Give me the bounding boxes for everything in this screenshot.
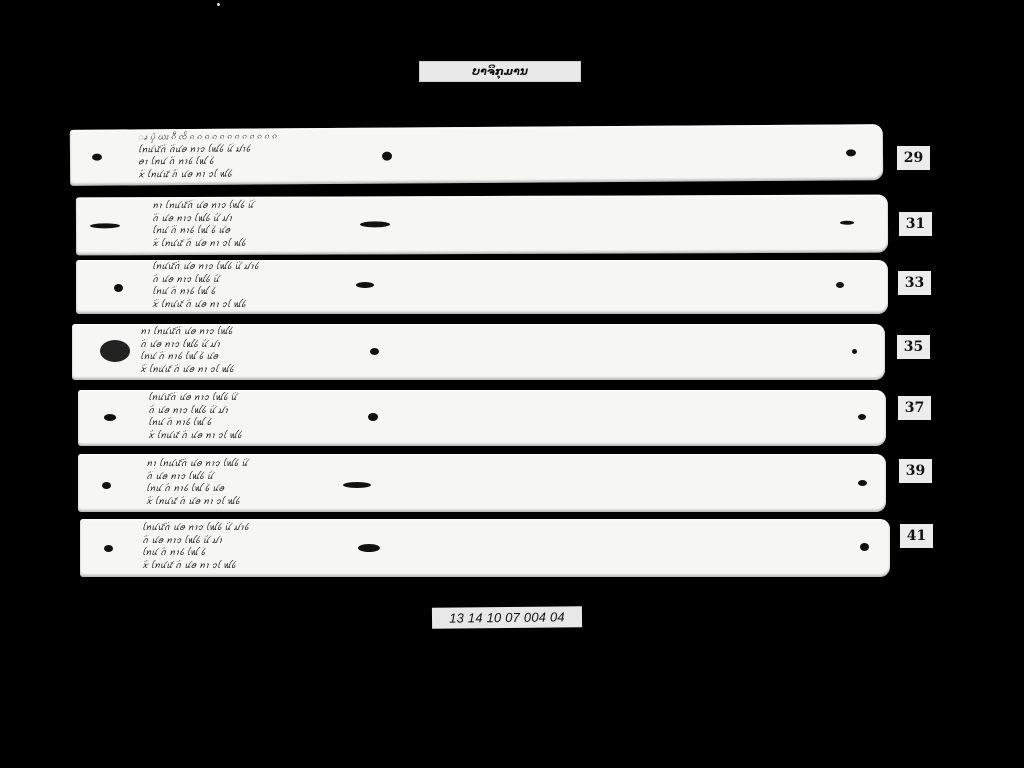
text-line: ꪶꪀꪙ ꪒꪾ ꪀꪱꪉ ꪶꪡ ꪉꪾ bbox=[152, 286, 864, 299]
text-line: ꪶꪀꪙꪽꪒꪾ ꪙꪮ ꪀꪱꪫ ꪶꪡꪉ ꪙꪾ bbox=[148, 392, 858, 405]
binding-hole-left bbox=[92, 154, 102, 161]
text-line: ꪶꪀꪙ ꪒꪾ ꪀꪱꪉ ꪶꪡ ꪉꪾ bbox=[148, 417, 858, 430]
page-number: 33 bbox=[905, 275, 924, 291]
dust-speck bbox=[217, 3, 220, 6]
palm-leaf-page-39: ꪀꪱ ꪶꪀꪙꪽꪒꪾ ꪙꪮ ꪀꪱꪫ ꪶꪡꪉ ꪙꪾ ꪒꪾ ꪙꪮ ꪀꪱꪫ ꪶꪡꪉ ꪙꪾ… bbox=[78, 454, 886, 512]
manuscript-title: ບາຈິກຸມານ bbox=[472, 65, 528, 78]
palm-leaf-page-37: ꪶꪀꪙꪽꪒꪾ ꪙꪮ ꪀꪱꪫ ꪶꪡꪉ ꪙꪾ ꪒꪾ ꪙꪮ ꪀꪱꪫ ꪶꪡꪉ ꪙꪾ ꪣꪱ… bbox=[78, 390, 886, 446]
palm-leaf-page-29: ၗ ပုံ ဃႏ ၵဵ ၸႅ ၵ ၵ ၵ ၵ ၵ ၵ ၵ ၵ ၵ ၵ ၵ ၵ ꪶ… bbox=[70, 124, 883, 186]
text-line: ꪶꪀꪙꪽꪒꪾ ꪙꪮ ꪀꪱꪫ ꪶꪡꪉ ꪙꪾ ꪣꪱꪉ bbox=[142, 522, 862, 535]
page-number-label: 33 bbox=[898, 271, 931, 295]
text-line: ꪎꪾ ꪶꪀꪙꪽ ꪒꪾ ꪙꪮ ꪀꪱ ꪫꪶ ꪡꪉ bbox=[142, 560, 862, 573]
text-line: ꪶꪀꪙꪽꪒꪾ ꪙꪮ ꪀꪱꪫ ꪶꪡꪉ ꪙꪾ ꪣꪱꪉ bbox=[152, 261, 864, 274]
leaf-text: ꪶꪀꪙꪽꪒꪾ ꪙꪮ ꪀꪱꪫ ꪶꪡꪉ ꪙꪾ ꪣꪱꪉ ꪒꪾ ꪙꪮ ꪀꪱꪫ ꪶꪡꪉ ꪙ… bbox=[152, 261, 864, 311]
palm-leaf-page-41: ꪶꪀꪙꪽꪒꪾ ꪙꪮ ꪀꪱꪫ ꪶꪡꪉ ꪙꪾ ꪣꪱꪉ ꪒꪾ ꪙꪮ ꪀꪱꪫ ꪶꪡꪉ ꪙ… bbox=[80, 519, 890, 577]
text-line: ꪎꪾ ꪶꪀꪙꪽ ꪒꪾ ꪙꪮ ꪀꪱ ꪫꪶ ꪡꪉ bbox=[140, 364, 860, 377]
page-number-label: 41 bbox=[900, 524, 933, 548]
leaf-text: ꪶꪀꪙꪽꪒꪾ ꪙꪮ ꪀꪱꪫ ꪶꪡꪉ ꪙꪾ ꪒꪾ ꪙꪮ ꪀꪱꪫ ꪶꪡꪉ ꪙꪾ ꪣꪱ… bbox=[148, 392, 858, 442]
text-line: ꪀꪱ ꪶꪀꪙꪽꪒꪾ ꪙꪮ ꪀꪱꪫ ꪶꪡꪉ bbox=[140, 326, 860, 339]
page-number-label: 39 bbox=[899, 459, 932, 483]
manuscript-title-label: ບາຈິກຸມານ bbox=[419, 61, 581, 82]
catalog-number-label: 13 14 10 07 004 04 bbox=[432, 606, 582, 629]
text-line: ꪀꪱ ꪶꪀꪙꪽꪒꪾ ꪙꪮ ꪀꪱꪫ ꪶꪡꪉ ꪙꪾ bbox=[146, 458, 858, 471]
page-number: 31 bbox=[906, 216, 925, 232]
binding-hole-left bbox=[102, 482, 111, 489]
text-line: ꪎꪾ ꪶꪀꪙꪽ ꪒꪾ ꪙꪮ ꪀꪱ ꪫꪶ ꪡꪉ bbox=[146, 496, 858, 509]
text-line: ꪶꪀꪙ ꪒꪾ ꪀꪱꪉ ꪶꪡ ꪉꪾ ꪙꪮ bbox=[146, 483, 858, 496]
page-number: 37 bbox=[905, 400, 924, 416]
text-line: ꪶꪀꪙ ꪒꪾ ꪀꪱꪉ ꪶꪡ ꪉꪾ bbox=[142, 547, 862, 560]
text-line: ꪒꪾ ꪙꪮ ꪀꪱꪫ ꪶꪡꪉ ꪙꪾ ꪣꪱ bbox=[140, 339, 860, 352]
palm-leaf-page-35: ꪀꪱ ꪶꪀꪙꪽꪒꪾ ꪙꪮ ꪀꪱꪫ ꪶꪡꪉ ꪒꪾ ꪙꪮ ꪀꪱꪫ ꪶꪡꪉ ꪙꪾ ꪣꪱ… bbox=[72, 324, 885, 380]
binding-hole-right bbox=[858, 480, 867, 486]
leaf-text: ၗ ပုံ ဃႏ ၵဵ ၸႅ ၵ ၵ ၵ ၵ ၵ ၵ ၵ ၵ ၵ ၵ ၵ ၵ ꪶ… bbox=[138, 126, 858, 181]
binding-hole-right bbox=[858, 414, 866, 420]
binding-hole-left bbox=[104, 545, 113, 552]
page-number-label: 31 bbox=[899, 212, 932, 236]
page-number-label: 37 bbox=[898, 396, 931, 420]
binding-hole-left bbox=[100, 340, 130, 362]
leaf-text: ꪀꪱ ꪶꪀꪙꪽꪒꪾ ꪙꪮ ꪀꪱꪫ ꪶꪡꪉ ꪙꪾ ꪒꪾ ꪙꪮ ꪀꪱꪫ ꪶꪡꪉ ꪙꪾ… bbox=[146, 458, 858, 508]
page-number: 35 bbox=[904, 339, 923, 355]
page-number-label: 35 bbox=[897, 335, 930, 359]
page-number-label: 29 bbox=[897, 146, 930, 170]
text-line: ꪒꪾ ꪙꪮ ꪀꪱꪫ ꪶꪡꪉ ꪙꪾ bbox=[146, 471, 858, 484]
text-line: ꪎꪾ ꪶꪀꪙꪽ ꪒꪾ ꪙꪮ ꪀꪱ ꪫꪶ ꪡꪉ bbox=[152, 235, 864, 250]
leaf-text: ꪶꪀꪙꪽꪒꪾ ꪙꪮ ꪀꪱꪫ ꪶꪡꪉ ꪙꪾ ꪣꪱꪉ ꪒꪾ ꪙꪮ ꪀꪱꪫ ꪶꪡꪉ ꪙ… bbox=[142, 522, 862, 572]
text-line: ꪒꪾ ꪙꪮ ꪀꪱꪫ ꪶꪡꪉ ꪙꪾ bbox=[152, 274, 864, 287]
page-number: 29 bbox=[904, 150, 923, 166]
text-line: ꪎꪾ ꪶꪀꪙꪽ ꪒꪾ ꪙꪮ ꪀꪱ ꪫꪶ ꪡꪉ bbox=[148, 430, 858, 443]
text-line: ꪒꪾ ꪙꪮ ꪀꪱꪫ ꪶꪡꪉ ꪙꪾ ꪣꪱ bbox=[142, 535, 862, 548]
page-number: 41 bbox=[907, 528, 926, 544]
binding-hole-left bbox=[114, 284, 123, 292]
binding-hole-left bbox=[104, 414, 116, 421]
catalog-number: 13 14 10 07 004 04 bbox=[449, 609, 565, 625]
binding-hole-left bbox=[90, 223, 120, 228]
palm-leaf-page-33: ꪶꪀꪙꪽꪒꪾ ꪙꪮ ꪀꪱꪫ ꪶꪡꪉ ꪙꪾ ꪣꪱꪉ ꪒꪾ ꪙꪮ ꪀꪱꪫ ꪶꪡꪉ ꪙ… bbox=[76, 260, 888, 314]
leaf-text: ꪀꪱ ꪶꪀꪙꪽꪒꪾ ꪙꪮ ꪀꪱꪫ ꪶꪡꪉ ꪒꪾ ꪙꪮ ꪀꪱꪫ ꪶꪡꪉ ꪙꪾ ꪣꪱ… bbox=[140, 326, 860, 376]
leaf-text: ꪀꪱ ꪶꪀꪙꪽꪒꪾ ꪙꪮ ꪀꪱꪫ ꪶꪡꪉ ꪙꪾ ꪒꪾ ꪙꪮ ꪀꪱꪫ ꪶꪡꪉ ꪙꪾ… bbox=[152, 198, 864, 250]
text-line: ꪎꪾ ꪶꪀꪙꪽ ꪒꪾ ꪙꪮ ꪀꪱ ꪫꪶ ꪡꪉ bbox=[152, 299, 864, 312]
palm-leaf-page-31: ꪀꪱ ꪶꪀꪙꪽꪒꪾ ꪙꪮ ꪀꪱꪫ ꪶꪡꪉ ꪙꪾ ꪒꪾ ꪙꪮ ꪀꪱꪫ ꪶꪡꪉ ꪙꪾ… bbox=[76, 195, 888, 256]
page-number: 39 bbox=[906, 463, 925, 479]
text-line: ꪒꪾ ꪙꪮ ꪀꪱꪫ ꪶꪡꪉ ꪙꪾ ꪣꪱ bbox=[148, 405, 858, 418]
text-line: ꪶꪀꪙ ꪒꪾ ꪀꪱꪉ ꪶꪡ ꪉꪾ ꪙꪮ bbox=[140, 351, 860, 364]
